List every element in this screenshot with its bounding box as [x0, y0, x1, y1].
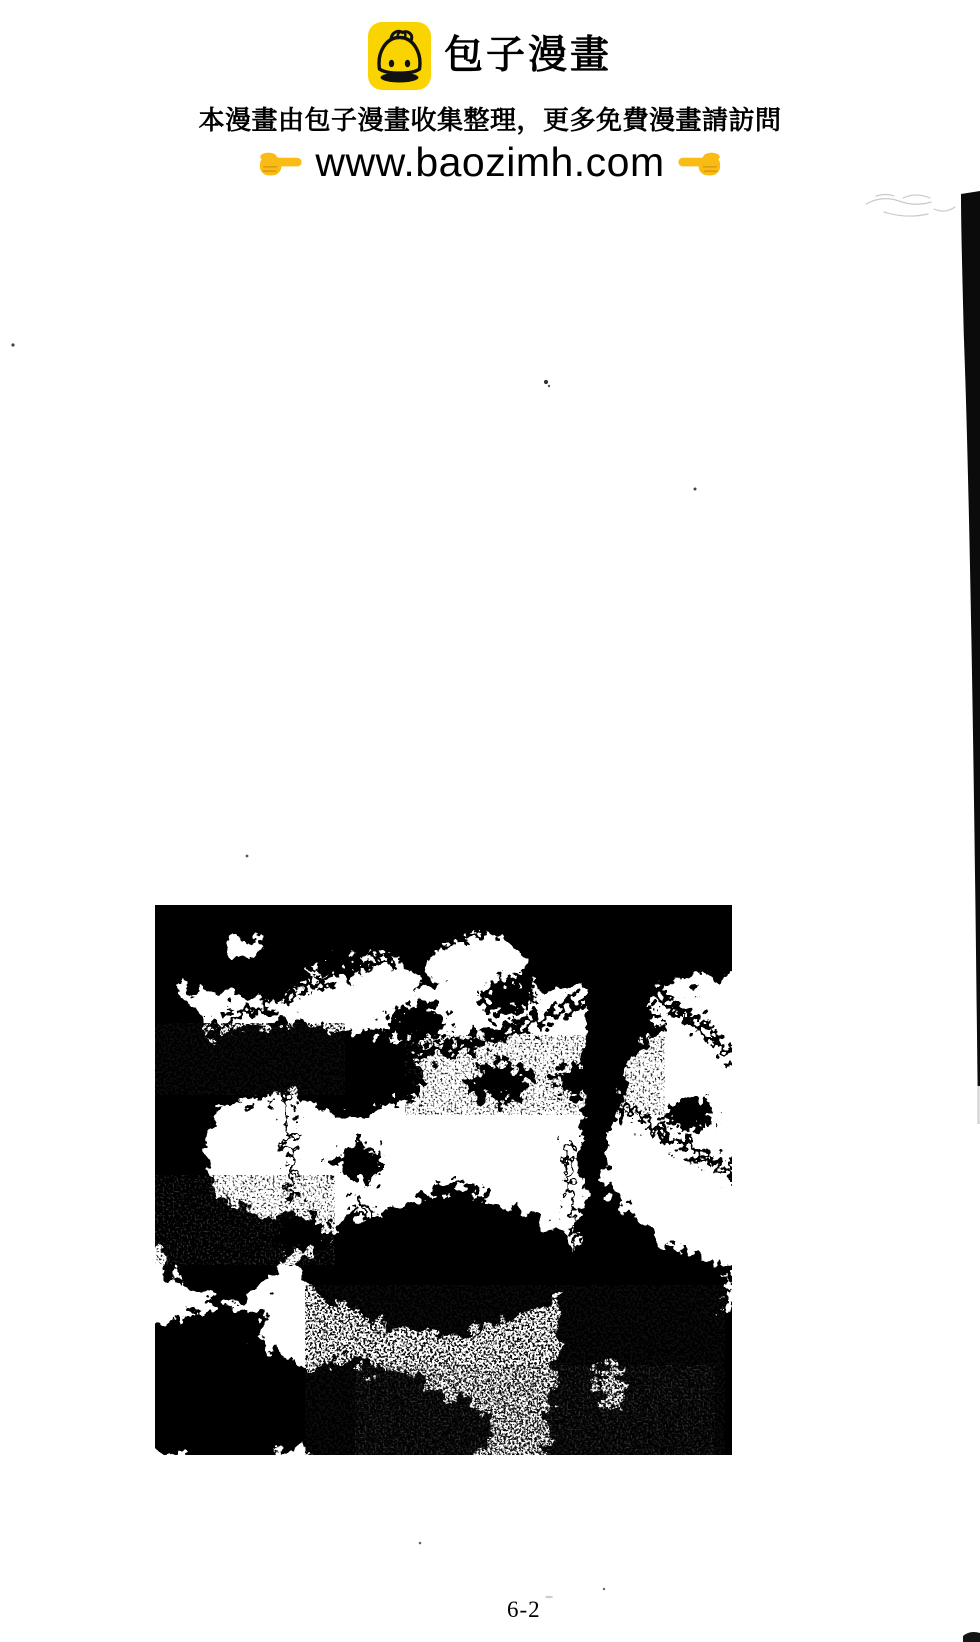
corner-mark	[963, 1632, 980, 1642]
baozi-bun-icon	[368, 22, 431, 90]
scratch-marks	[866, 195, 955, 217]
site-title: 包子漫畫	[444, 21, 612, 91]
pointing-hand-left-icon	[678, 147, 721, 178]
site-url: www.baozimh.com	[315, 139, 664, 186]
manga-panel-art	[155, 905, 732, 1455]
url-row: www.baozimh.com	[259, 139, 720, 186]
brand-logo-row: 包子漫畫	[368, 21, 612, 91]
site-header: 包子漫畫 本漫畫由包子漫畫收集整理，更多免費漫畫請訪問 www.baozimh.…	[0, 21, 980, 186]
edge-stripe	[961, 191, 980, 1086]
page-number: 6-2	[507, 1597, 541, 1623]
notice-text: 本漫畫由包子漫畫收集整理，更多免費漫畫請訪問	[198, 100, 781, 137]
pointing-hand-right-icon	[259, 147, 302, 178]
manga-panel	[155, 905, 732, 1455]
